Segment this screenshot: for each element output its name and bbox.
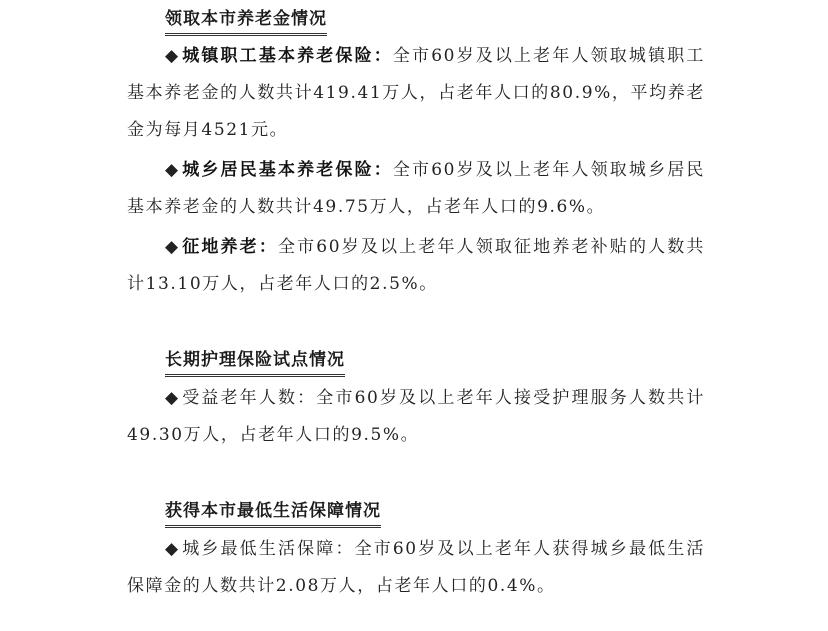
diamond-bullet-icon: ◆ (165, 160, 180, 180)
diamond-bullet-icon: ◆ (165, 539, 180, 559)
paragraph-urban-employee-pension: ◆城镇职工基本养老保险：全市60岁及以上老年人领取城镇职工基本养老金的人数共计4… (127, 38, 705, 149)
paragraph-urban-rural-resident-pension: ◆城乡居民基本养老保险：全市60岁及以上老年人领取城乡居民基本养老金的人数共计4… (127, 152, 705, 226)
section-heading-minimum-living: 获得本市最低生活保障情况 (165, 500, 381, 528)
diamond-bullet-icon: ◆ (165, 237, 180, 257)
item-lead: 征地养老： (182, 237, 278, 257)
item-lead: 受益老年人数： (182, 388, 316, 408)
section-heading-pension: 领取本市养老金情况 (165, 8, 327, 36)
paragraph-minimum-living-security: ◆城乡最低生活保障：全市60岁及以上老年人获得城乡最低生活保障金的人数共计2.0… (127, 531, 705, 605)
paragraph-care-beneficiaries: ◆受益老年人数：全市60岁及以上老年人接受护理服务人数共计49.30万人，占老年… (127, 380, 705, 454)
item-lead: 城乡居民基本养老保险： (182, 160, 393, 180)
item-lead: 城镇职工基本养老保险： (182, 46, 393, 66)
diamond-bullet-icon: ◆ (165, 388, 180, 408)
diamond-bullet-icon: ◆ (165, 46, 180, 66)
paragraph-land-requisition-pension: ◆征地养老：全市60岁及以上老年人领取征地养老补贴的人数共计13.10万人，占老… (127, 229, 705, 303)
section-heading-long-term-care: 长期护理保险试点情况 (165, 349, 345, 377)
item-lead: 城乡最低生活保障： (182, 539, 354, 559)
